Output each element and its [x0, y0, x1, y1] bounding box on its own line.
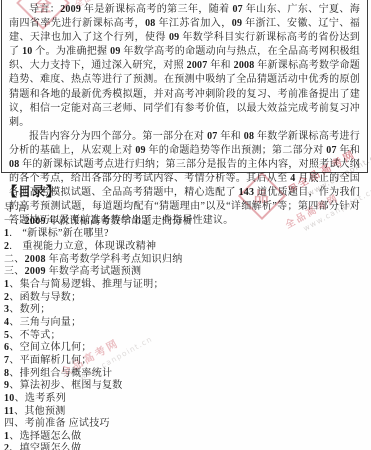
- toc-list: 导 言一、2009 年新课标高考数学命题走向分析1. “新课标”新在哪里?2. …: [4, 203, 369, 450]
- toc-item: 3、数列；: [4, 304, 369, 317]
- toc-item: 8、排列组合与概率统计: [4, 368, 369, 381]
- toc-item: 二、2008 年高考数学学科考点知识归纳: [4, 254, 369, 267]
- toc-item: 11、其他预测: [4, 406, 369, 419]
- toc-item: 1、选择题怎么做: [4, 431, 369, 444]
- toc-item: 10、选考系列: [4, 393, 369, 406]
- toc-item: 2、函数与导数；: [4, 292, 369, 305]
- toc-item: 1、集合与简易逻辑、推理与证明；: [4, 279, 369, 292]
- toc-item: 5、不等式；: [4, 330, 369, 343]
- toc-item: 4、三角与向量；: [4, 317, 369, 330]
- toc-item: 7、平面解析几何；: [4, 355, 369, 368]
- toc-item: 6、空间立体几何；: [4, 342, 369, 355]
- toc-item: 一、2009 年新课标高考数学命题走向分析: [4, 216, 369, 229]
- toc-item: 1. “新课标”新在哪里?: [4, 228, 369, 241]
- intro-box: 导言：2009 年是新课标高考的第三年，随着 07 年山东、广东、宁夏、海南四省…: [1, 0, 368, 173]
- toc-item: 2、填空题怎么做: [4, 443, 369, 450]
- toc-item: 9、算法初步、框图与复数: [4, 380, 369, 393]
- document-page: 导言：2009 年是新课标高考的第三年，随着 07 年山东、广东、宁夏、海南四省…: [0, 0, 371, 450]
- toc-item: 四、考前准备 应试技巧: [4, 418, 369, 431]
- toc-item: 导 言: [4, 203, 369, 216]
- toc-item: 三、2009 年数学高考试题预测: [4, 266, 369, 279]
- toc-title: 【目录】: [4, 184, 369, 199]
- toc-item: 2. 重视能力立意，体现课改精神: [4, 241, 369, 254]
- intro-paragraph: 导言：2009 年是新课标高考的第三年，随着 07 年山东、广东、宁夏、海南四省…: [9, 3, 360, 130]
- toc-section: 【目录】 导 言一、2009 年新课标高考数学命题走向分析1. “新课标”新在哪…: [4, 184, 369, 450]
